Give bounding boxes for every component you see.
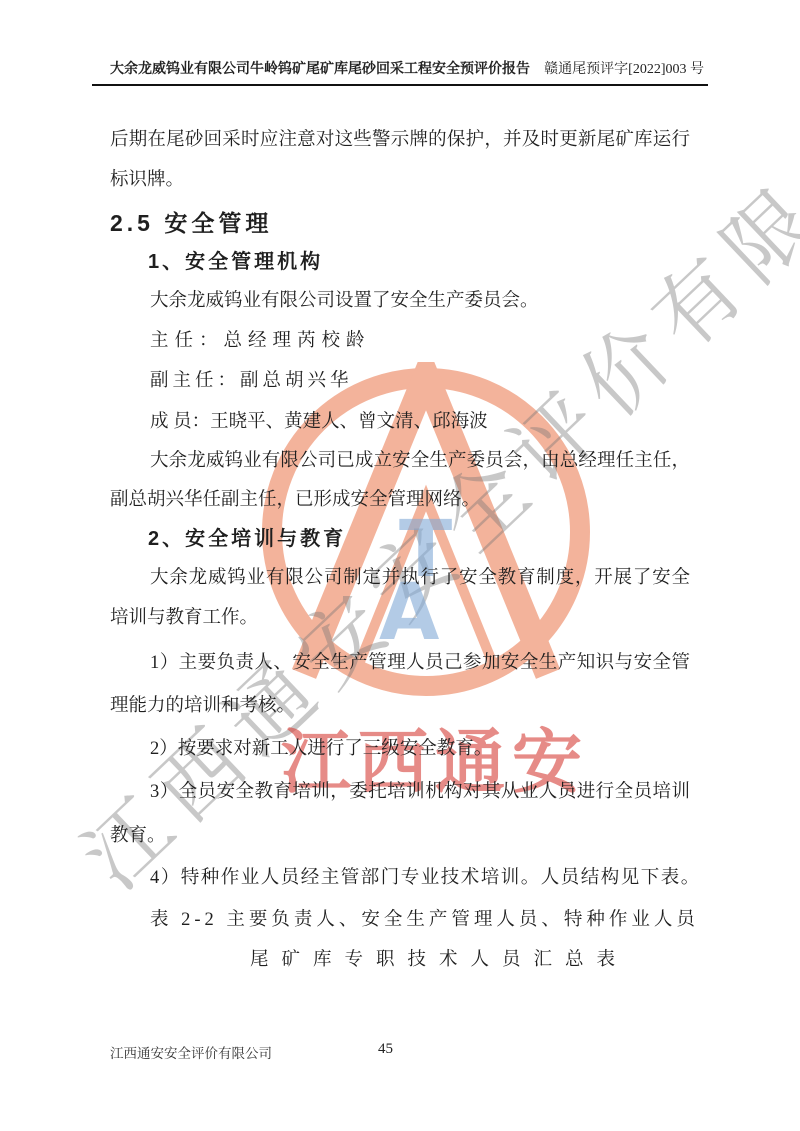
page-content: 大余龙威钨业有限公司牛岭钨矿尾矿库尾砂回采工程安全预评价报告 赣通尾预评字[20… [0,0,800,1131]
header-report-title: 大余龙威钨业有限公司牛岭钨矿尾矿库尾砂回采工程安全预评价报告 [110,58,530,78]
body-line: 大余龙威钨业有限公司已成立安全生产委员会，由总经理任主任， [110,448,690,475]
header-rule [92,84,708,86]
body-line: 大余龙威钨业有限公司设置了安全生产委员会。 [110,288,690,315]
body-line: 理能力的培训和考核。 [110,693,690,720]
subsection-heading: 2、安全培训与教育 [148,526,728,553]
body-line-members: 成 员：王晓平、黄建人、曾文清、邱海波 [110,409,690,436]
section-heading: 2.5 安全管理 [110,208,690,238]
body-line: 3）全员安全教育培训，委托培训机构对其从业人员进行全员培训 [110,779,690,806]
body-line: 标识牌。 [110,167,690,194]
header-document-number: 赣通尾预评字[2022]003 号 [544,58,704,78]
document-page: 江西通安安全评价有限公司 T A 江西通安 大余龙威钨业有限公司牛岭钨矿尾矿库尾… [0,0,800,1131]
body-line-director: 主任：总经理芮校龄 [110,328,690,355]
body-line: 后期在尾砂回采时应注意对这些警示牌的保护，并及时更新尾矿库运行 [110,127,690,154]
subsection-heading: 1、安全管理机构 [148,249,728,276]
body-line: 教育。 [110,823,690,850]
footer-company-name: 江西通安安全评价有限公司 [110,1042,272,1062]
table-caption-line1: 表 2-2 主要负责人、安全生产管理人员、特种作业人员 [110,907,690,934]
body-line-deputy: 副主任：副总胡兴华 [110,368,690,395]
body-line: 副总胡兴华任副主任，已形成安全管理网络。 [110,487,690,514]
body-line: 大余龙威钨业有限公司制定并执行了安全教育制度，开展了安全 [110,565,690,592]
footer-page-number: 45 [378,1041,393,1058]
body-line: 培训与教育工作。 [110,605,690,632]
body-line: 2）按要求对新工人进行了三级安全教育。 [110,736,690,763]
body-line: 4）特种作业人员经主管部门专业技术培训。人员结构见下表。 [110,865,690,892]
body-line: 1）主要负责人、安全生产管理人员己参加安全生产知识与安全管 [110,650,690,677]
table-caption-line2: 尾矿库专职技术人员汇总表 [110,947,800,974]
